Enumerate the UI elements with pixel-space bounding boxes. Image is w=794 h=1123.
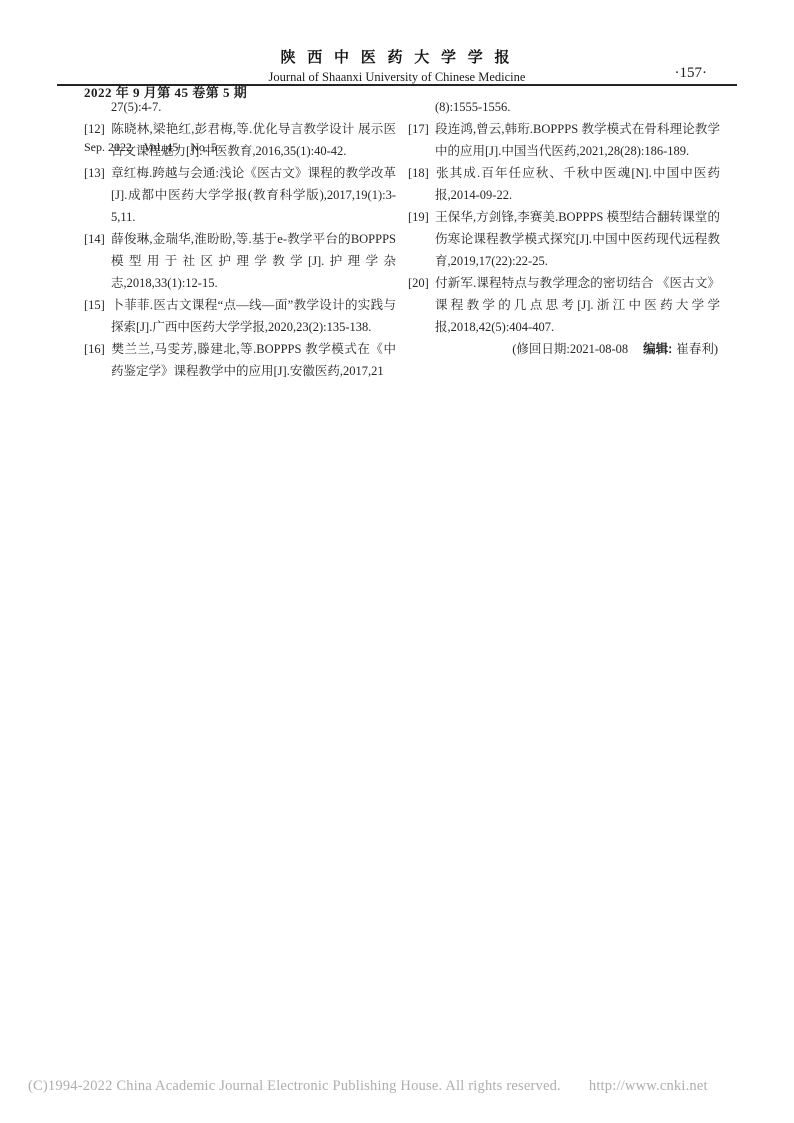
reference-number: [13] <box>84 162 111 184</box>
revision-date: (修回日期:2021-08-08 <box>512 342 628 356</box>
reference-text: 王保华,方剑锋,李赛美.BOPPPS 模型结合翻转课堂的伤寒论课程教学模式探究[… <box>435 210 720 268</box>
reference-entry: [20]付新军.课程特点与教学理念的密切结合 《医古文》课程教学的几点思考[J]… <box>408 272 720 338</box>
reference-number: [12] <box>84 118 111 140</box>
journal-scan-page: 2022 年 9 月第 45 卷第 5 期 Sep. 2022 Vol. 45 … <box>0 0 794 1123</box>
references-column-right: (8):1555-1556. [17]段连鸿,曾云,韩珩.BOPPPS 教学模式… <box>408 96 720 382</box>
reference-entry: [13]章红梅.跨越与会通:浅论《医古文》课程的教学改革[J].成都中医药大学学… <box>84 162 396 228</box>
reference-entry: [14]薛俊琳,金瑞华,淮盼盼,等.基于e-教学平台的BOPPPS模型用于社区护… <box>84 228 396 294</box>
reference-entry: [19]王保华,方剑锋,李赛美.BOPPPS 模型结合翻转课堂的伤寒论课程教学模… <box>408 206 720 272</box>
reference-entry: [12]陈晓林,梁艳红,彭君梅,等.优化导言教学设计 展示医古文课程魅力[J].… <box>84 118 396 162</box>
reference-number: [20] <box>408 272 435 294</box>
reference-number: [16] <box>84 338 111 360</box>
page-header: 2022 年 9 月第 45 卷第 5 期 Sep. 2022 Vol. 45 … <box>57 46 737 84</box>
reference-entry: [16]樊兰兰,马雯芳,滕建北,等.BOPPPS 教学模式在《中药鉴定学》课程教… <box>84 338 396 382</box>
reference-entry: 27(5):4-7. <box>84 96 396 118</box>
reference-number: [14] <box>84 228 111 250</box>
reference-text: 陈晓林,梁艳红,彭君梅,等.优化导言教学设计 展示医古文课程魅力[J].中医教育… <box>111 122 396 158</box>
reference-text: 付新军.课程特点与教学理念的密切结合 《医古文》课程教学的几点思考[J].浙江中… <box>435 276 720 334</box>
reference-text: 章红梅.跨越与会通:浅论《医古文》课程的教学改革[J].成都中医药大学学报(教育… <box>111 166 396 224</box>
reference-text: 段连鸿,曾云,韩珩.BOPPPS 教学模式在骨科理论教学中的应用[J].中国当代… <box>435 122 720 158</box>
copyright-text: (C)1994-2022 China Academic Journal Elec… <box>28 1078 561 1094</box>
reference-text: 张其成.百年任应秋、千秋中医魂[N].中国中医药报,2014-09-22. <box>435 166 720 202</box>
reference-entry: (8):1555-1556. <box>408 96 720 118</box>
header-rule <box>57 84 737 86</box>
reference-number: [18] <box>408 162 435 184</box>
reference-number: [17] <box>408 118 435 140</box>
reference-number: [15] <box>84 294 111 316</box>
reference-text: 卜菲菲.医古文课程“点—线—面”教学设计的实践与探索[J].广西中医药大学学报,… <box>111 298 396 334</box>
reference-text: 27(5):4-7. <box>111 100 161 114</box>
journal-title-block: 陕 西 中 医 药 大 学 学 报 Journal of Shaanxi Uni… <box>237 46 557 85</box>
journal-title-cn: 陕 西 中 医 药 大 学 学 报 <box>237 46 557 67</box>
reference-entry: [15]卜菲菲.医古文课程“点—线—面”教学设计的实践与探索[J].广西中医药大… <box>84 294 396 338</box>
reference-entry: [18]张其成.百年任应秋、千秋中医魂[N].中国中医药报,2014-09-22… <box>408 162 720 206</box>
revision-editor-line: (修回日期:2021-08-08编辑:崔春利) <box>408 338 720 360</box>
cnki-url: http://www.cnki.net <box>589 1078 708 1094</box>
reference-entry: [17]段连鸿,曾云,韩珩.BOPPPS 教学模式在骨科理论教学中的应用[J].… <box>408 118 720 162</box>
page-number: ·157· <box>675 65 708 82</box>
editor-name: 崔春利) <box>676 342 718 356</box>
editor-label: 编辑: <box>643 342 672 356</box>
references-column-left: 27(5):4-7. [12]陈晓林,梁艳红,彭君梅,等.优化导言教学设计 展示… <box>84 96 396 382</box>
copyright-footer: (C)1994-2022 China Academic Journal Elec… <box>28 1078 768 1095</box>
reference-number: [19] <box>408 206 435 228</box>
reference-text: 樊兰兰,马雯芳,滕建北,等.BOPPPS 教学模式在《中药鉴定学》课程教学中的应… <box>111 342 396 378</box>
reference-text: (8):1555-1556. <box>435 100 510 114</box>
references-section: 27(5):4-7. [12]陈晓林,梁艳红,彭君梅,等.优化导言教学设计 展示… <box>84 96 720 382</box>
references-column-right-entries: (8):1555-1556. [17]段连鸿,曾云,韩珩.BOPPPS 教学模式… <box>408 96 720 338</box>
reference-text: 薛俊琳,金瑞华,淮盼盼,等.基于e-教学平台的BOPPPS模型用于社区护理学教学… <box>111 232 396 290</box>
journal-title-en: Journal of Shaanxi University of Chinese… <box>237 70 557 85</box>
